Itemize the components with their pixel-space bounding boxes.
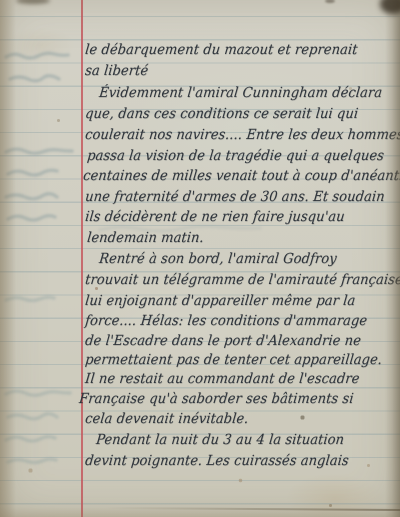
- photo-vignette: [0, 0, 400, 517]
- notebook-photo: le débarquement du mazout et reprenait s…: [0, 0, 400, 517]
